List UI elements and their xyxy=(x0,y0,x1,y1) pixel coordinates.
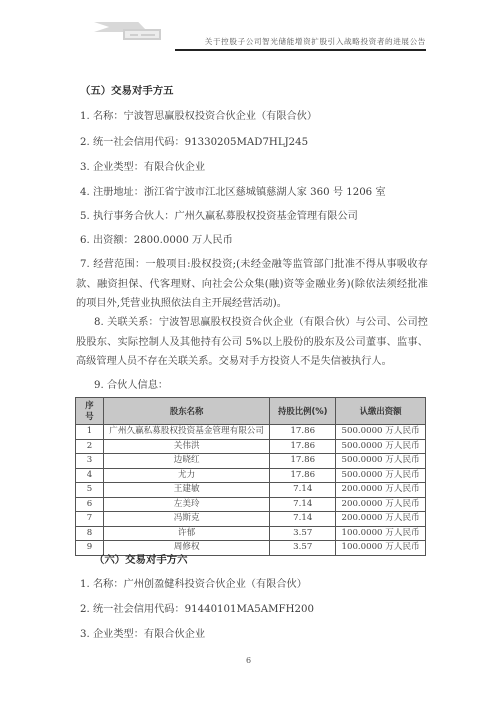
section5-item-company-type: 3. 企业类型：有限合伙企业 xyxy=(80,161,205,175)
section6-item-credit-code: 2. 统一社会信用代码：91440101MA5AMFH200 xyxy=(80,603,314,617)
col-header-contribution: 认缴出资额 xyxy=(336,398,426,425)
col-header-shareholder: 股东名称 xyxy=(103,398,269,425)
partners-table: 序号 股东名称 持股比例(%) 认缴出资额 1 广州久赢私募股权投资基金管理有限… xyxy=(75,397,426,556)
cell-index: 4 xyxy=(76,468,104,483)
header-divider xyxy=(175,49,426,51)
table-row: 5 王建敏 7.14 200.0000 万人民币 xyxy=(76,483,426,498)
cell-index: 7 xyxy=(76,512,104,527)
table-row: 7 冯斯克 7.14 200.0000 万人民币 xyxy=(76,512,426,527)
cell-ratio: 7.14 xyxy=(270,512,336,527)
partners-label: 9. 合伙人信息： xyxy=(94,379,168,393)
page-number: 6 xyxy=(246,656,251,665)
table-row: 4 尤力 17.86 500.0000 万人民币 xyxy=(76,468,426,483)
cell-contribution: 200.0000 万人民币 xyxy=(336,483,426,498)
section5-business-scope: 7. 经营范围：一般项目:股权投资;(未经金融等监管部门批准不得从事吸收存款、融… xyxy=(76,255,428,314)
section5-item-address: 4. 注册地址：浙江省宁波市江北区慈城镇慈湖人家 360 号 1206 室 xyxy=(80,186,386,200)
table-row: 3 边晓红 17.86 500.0000 万人民币 xyxy=(76,454,426,469)
table-header-row: 序号 股东名称 持股比例(%) 认缴出资额 xyxy=(76,398,426,425)
section5-item-name: 1. 名称：宁波智思赢股权投资合伙企业（有限合伙） xyxy=(80,110,317,124)
cell-ratio: 3.57 xyxy=(270,526,336,541)
cell-ratio: 7.14 xyxy=(270,483,336,498)
cell-contribution: 100.0000 万人民币 xyxy=(336,526,426,541)
cell-index: 5 xyxy=(76,483,104,498)
cell-shareholder: 左美玲 xyxy=(103,497,269,512)
cell-contribution: 200.0000 万人民币 xyxy=(336,512,426,527)
cell-contribution: 500.0000 万人民币 xyxy=(336,425,426,440)
table-row: 8 许郁 3.57 100.0000 万人民币 xyxy=(76,526,426,541)
cell-ratio: 17.86 xyxy=(270,454,336,469)
section5-item-credit-code: 2. 统一社会信用代码：91330205MAD7HLJ245 xyxy=(80,136,308,150)
cell-shareholder: 尤力 xyxy=(103,468,269,483)
cell-ratio: 17.86 xyxy=(270,425,336,440)
cell-index: 8 xyxy=(76,526,104,541)
section6-item-name: 1. 名称：广州创盈健科投资合伙企业（有限合伙） xyxy=(80,578,307,592)
cell-contribution: 100.0000 万人民币 xyxy=(336,541,426,556)
cell-shareholder: 王建敏 xyxy=(103,483,269,498)
header-title: 关于控股子公司智光储能增资扩股引入战略投资者的进展公告 xyxy=(205,36,426,47)
section5-related-party: 8. 关联关系：宁波智思赢股权投资合伙企业（有限合伙）与公司、公司控股股东、实际… xyxy=(76,313,428,372)
company-logo xyxy=(92,21,170,41)
section6-item-company-type: 3. 企业类型：有限合伙企业 xyxy=(80,628,205,642)
cell-contribution: 200.0000 万人民币 xyxy=(336,497,426,512)
cell-contribution: 500.0000 万人民币 xyxy=(336,439,426,454)
logo-box-shape xyxy=(123,29,161,40)
table-row: 2 关伟洪 17.86 500.0000 万人民币 xyxy=(76,439,426,454)
cell-ratio: 7.14 xyxy=(270,497,336,512)
section5-heading: （五）交易对手方五 xyxy=(80,84,174,98)
col-header-index: 序号 xyxy=(76,398,104,425)
cell-ratio: 3.57 xyxy=(270,541,336,556)
cell-contribution: 500.0000 万人民币 xyxy=(336,454,426,469)
cell-shareholder: 关伟洪 xyxy=(103,439,269,454)
table-row: 1 广州久赢私募股权投资基金管理有限公司 17.86 500.0000 万人民币 xyxy=(76,425,426,440)
cell-ratio: 17.86 xyxy=(270,468,336,483)
cell-index: 3 xyxy=(76,454,104,469)
cell-shareholder: 许郁 xyxy=(103,526,269,541)
cell-ratio: 17.86 xyxy=(270,439,336,454)
section6-heading: （六）交易对手方六 xyxy=(94,553,188,567)
cell-index: 1 xyxy=(76,425,104,440)
table-row: 6 左美玲 7.14 200.0000 万人民币 xyxy=(76,497,426,512)
cell-shareholder: 边晓红 xyxy=(103,454,269,469)
cell-index: 6 xyxy=(76,497,104,512)
section5-item-capital: 6. 出资额：2800.0000 万人民币 xyxy=(80,234,233,248)
col-header-ratio: 持股比例(%) xyxy=(270,398,336,425)
cell-contribution: 500.0000 万人民币 xyxy=(336,468,426,483)
cell-shareholder: 广州久赢私募股权投资基金管理有限公司 xyxy=(103,425,269,440)
section5-item-managing-partner: 5. 执行事务合伙人：广州久赢私募股权投资基金管理有限公司 xyxy=(80,210,358,224)
cell-shareholder: 冯斯克 xyxy=(103,512,269,527)
cell-index: 2 xyxy=(76,439,104,454)
